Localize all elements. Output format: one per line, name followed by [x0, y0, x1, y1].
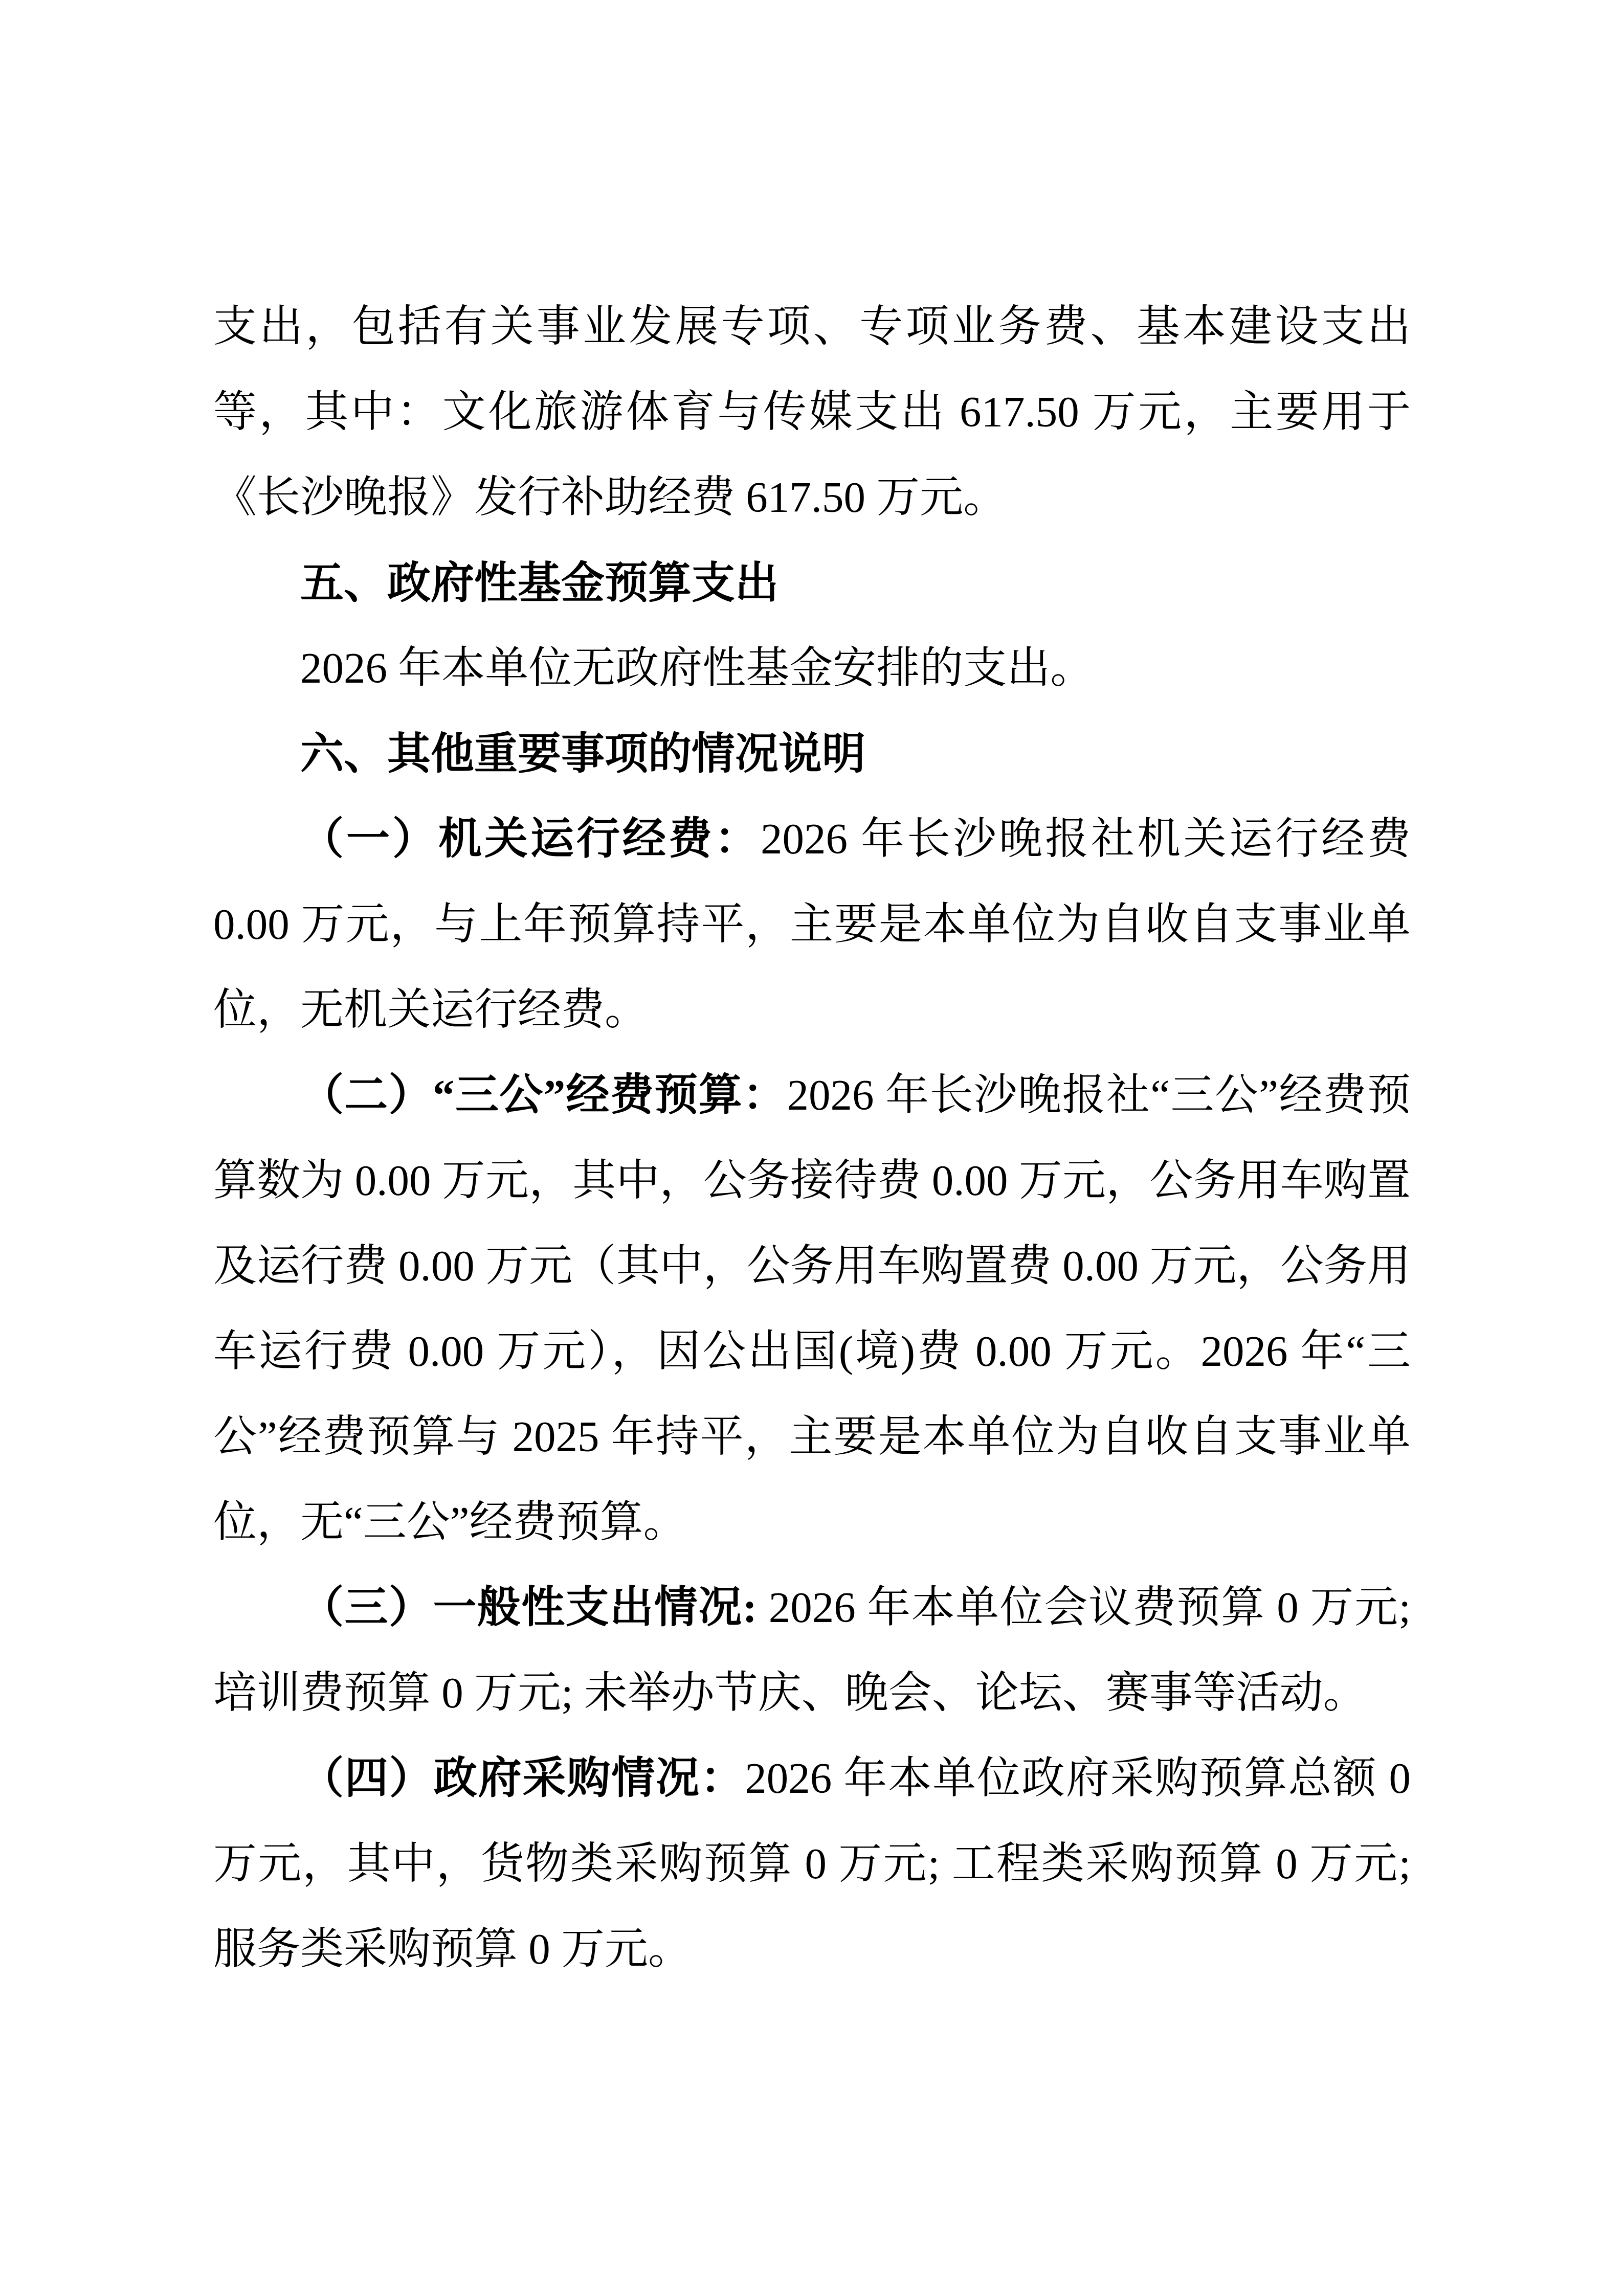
bold-text-run: 六、其他重要事项的情况说明 — [300, 730, 865, 778]
paragraph: （二）“三公”经费预算：2026 年长沙晚报社“三公”经费预算数为 0.00 万… — [213, 1053, 1411, 1565]
paragraph: （一）机关运行经费：2026 年长沙晚报社机关运行经费 0.00 万元，与上年预… — [213, 797, 1411, 1053]
text-run: 2026 年本单位无政府性基金安排的支出。 — [300, 644, 1094, 692]
paragraph: （三）一般性支出情况: 2026 年本单位会议费预算 0 万元; 培训费预算 0… — [213, 1565, 1411, 1736]
text-run: 支出，包括有关事业发展专项、专项业务费、基本建设支出等，其中：文化旅游体育与传媒… — [213, 303, 1411, 522]
paragraph: （四）政府采购情况：2026 年本单位政府采购预算总额 0 万元，其中，货物类采… — [213, 1736, 1411, 1992]
bold-text-run: （二）“三公”经费预算： — [300, 1071, 787, 1119]
paragraph: 支出，包括有关事业发展专项、专项业务费、基本建设支出等，其中：文化旅游体育与传媒… — [213, 284, 1411, 541]
bold-text-run: 五、政府性基金预算支出 — [300, 559, 778, 607]
section-heading: 六、其他重要事项的情况说明 — [213, 711, 1411, 797]
document-body: 支出，包括有关事业发展专项、专项业务费、基本建设支出等，其中：文化旅游体育与传媒… — [213, 284, 1411, 1992]
paragraph: 2026 年本单位无政府性基金安排的支出。 — [213, 626, 1411, 711]
section-heading: 五、政府性基金预算支出 — [213, 541, 1411, 626]
bold-text-run: （四）政府采购情况： — [300, 1754, 745, 1803]
document-page: 支出，包括有关事业发展专项、专项业务费、基本建设支出等，其中：文化旅游体育与传媒… — [0, 0, 1624, 2296]
bold-text-run: （一）机关运行经费： — [300, 815, 761, 863]
bold-text-run: （三）一般性支出情况: — [300, 1584, 757, 1632]
text-run: 2026 年长沙晚报社“三公”经费预算数为 0.00 万元，其中，公务接待费 0… — [213, 1071, 1411, 1546]
